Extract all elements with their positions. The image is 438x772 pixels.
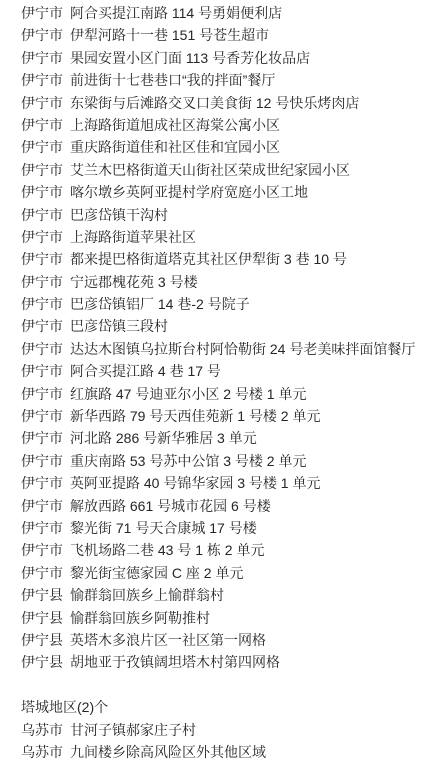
risk-area-city: 伊宁县: [21, 632, 63, 648]
risk-area-row: 伊宁市喀尔墩乡英阿亚提村学府宽庭小区工地: [21, 181, 430, 203]
risk-area-address: 黎光街 71 号天合康城 17 号楼: [70, 520, 257, 536]
risk-area-city: 伊宁市: [21, 565, 63, 581]
risk-area-address: 九间楼乡除高风险区外其他区域: [70, 744, 266, 760]
risk-area-city: 伊宁市: [21, 274, 63, 290]
risk-area-address: 解放西路 661 号城市花园 6 号楼: [70, 498, 271, 514]
risk-area-city: 伊宁市: [21, 50, 63, 66]
risk-area-address: 河北路 286 号新华雅居 3 单元: [70, 430, 257, 446]
risk-area-row: 伊宁县愉群翁回族乡阿勒推村: [21, 607, 430, 629]
risk-area-city: 伊宁市: [21, 430, 63, 446]
risk-area-row: 伊宁市重庆路街道佳和社区佳和宜园小区: [21, 136, 430, 158]
risk-area-row: 伊宁市艾兰木巴格街道天山街社区荣成世纪家园小区: [21, 159, 430, 181]
risk-area-address: 英阿亚提路 40 号锦华家园 3 号楼 1 单元: [70, 475, 320, 491]
risk-area-list: 伊宁市阿合买提江南路 114 号勇娟便利店伊宁市伊犁河路十一巷 151 号苍生超…: [0, 0, 438, 763]
risk-area-address: 红旗路 47 号迪亚尔小区 2 号楼 1 单元: [70, 386, 306, 402]
risk-area-city: 伊宁市: [21, 162, 63, 178]
risk-area-address: 飞机场路二巷 43 号 1 栋 2 单元: [70, 542, 264, 558]
risk-area-city: 伊宁市: [21, 363, 63, 379]
risk-area-address: 都来提巴格街道塔克其社区伊犁街 3 巷 10 号: [70, 251, 347, 267]
risk-area-row: 伊宁县胡地亚于孜镇阔坦塔木村第四网格: [21, 651, 430, 673]
risk-area-address: 新华西路 79 号天西佳苑新 1 号楼 2 单元: [70, 408, 320, 424]
risk-area-city: 伊宁市: [21, 408, 63, 424]
risk-area-address: 阿合买提江南路 114 号勇娟便利店: [70, 5, 282, 21]
risk-area-city: 伊宁市: [21, 386, 63, 402]
risk-area-address: 愉群翁回族乡上愉群翁村: [70, 587, 224, 603]
risk-area-address: 巴彦岱镇三段村: [70, 318, 168, 334]
risk-area-address: 达达木图镇乌拉斯台村阿恰勒街 24 号老美味拌面馆餐厅: [70, 341, 415, 357]
risk-area-address: 巴彦岱镇干沟村: [70, 207, 168, 223]
risk-area-address: 伊犁河路十一巷 151 号苍生超市: [70, 27, 269, 43]
section-header: 塔城地区(2)个: [21, 696, 430, 718]
risk-area-city: 伊宁县: [21, 610, 63, 626]
risk-area-row: 伊宁市新华西路 79 号天西佳苑新 1 号楼 2 单元: [21, 405, 430, 427]
risk-area-row: 乌苏市甘河子镇郝家庄子村: [21, 719, 430, 741]
risk-area-city: 伊宁市: [21, 542, 63, 558]
risk-area-address: 上海路街道苹果社区: [70, 229, 196, 245]
risk-area-row: 伊宁市上海路街道旭成社区海棠公寓小区: [21, 114, 430, 136]
risk-area-row: 伊宁市英阿亚提路 40 号锦华家园 3 号楼 1 单元: [21, 472, 430, 494]
risk-area-city: 伊宁市: [21, 318, 63, 334]
risk-area-row: 伊宁市黎光街宝德家园 C 座 2 单元: [21, 562, 430, 584]
risk-area-address: 重庆南路 53 号苏中公馆 3 号楼 2 单元: [70, 453, 306, 469]
risk-area-city: 伊宁市: [21, 27, 63, 43]
risk-area-row: 伊宁市阿合买提江南路 114 号勇娟便利店: [21, 2, 430, 24]
risk-area-address: 艾兰木巴格街道天山街社区荣成世纪家园小区: [70, 162, 350, 178]
risk-area-city: 伊宁市: [21, 95, 63, 111]
risk-area-row: 伊宁市黎光街 71 号天合康城 17 号楼: [21, 517, 430, 539]
risk-area-address: 宁远郡槐花苑 3 号楼: [70, 274, 198, 290]
risk-area-city: 伊宁市: [21, 498, 63, 514]
risk-area-row: 伊宁市阿合买提江路 4 巷 17 号: [21, 360, 430, 382]
risk-area-city: 乌苏市: [21, 722, 63, 738]
risk-area-city: 伊宁县: [21, 654, 63, 670]
risk-area-row: 伊宁市上海路街道苹果社区: [21, 226, 430, 248]
risk-area-row: 伊宁县英塔木多浪片区一社区第一网格: [21, 629, 430, 651]
risk-area-city: 乌苏市: [21, 744, 63, 760]
risk-area-address: 黎光街宝德家园 C 座 2 单元: [70, 565, 243, 581]
risk-area-city: 伊宁市: [21, 117, 63, 133]
risk-area-row: 伊宁市达达木图镇乌拉斯台村阿恰勒街 24 号老美味拌面馆餐厅: [21, 338, 430, 360]
risk-section: 伊宁市阿合买提江南路 114 号勇娟便利店伊宁市伊犁河路十一巷 151 号苍生超…: [21, 2, 430, 674]
risk-area-address: 东梁街与后滩路交叉口美食街 12 号快乐烤肉店: [70, 95, 359, 111]
risk-area-row: 伊宁县愉群翁回族乡上愉群翁村: [21, 584, 430, 606]
risk-area-row: 伊宁市都来提巴格街道塔克其社区伊犁街 3 巷 10 号: [21, 248, 430, 270]
risk-section: 塔城地区(2)个乌苏市甘河子镇郝家庄子村乌苏市九间楼乡除高风险区外其他区域: [21, 696, 430, 763]
risk-area-row: 伊宁市飞机场路二巷 43 号 1 栋 2 单元: [21, 539, 430, 561]
risk-area-city: 伊宁市: [21, 229, 63, 245]
risk-area-city: 伊宁市: [21, 184, 63, 200]
risk-area-address: 愉群翁回族乡阿勒推村: [70, 610, 210, 626]
risk-area-address: 果园安置小区门面 113 号香芳化妆品店: [70, 50, 310, 66]
risk-area-city: 伊宁市: [21, 520, 63, 536]
risk-area-row: 伊宁市河北路 286 号新华雅居 3 单元: [21, 427, 430, 449]
risk-area-city: 伊宁县: [21, 587, 63, 603]
risk-area-city: 伊宁市: [21, 139, 63, 155]
risk-area-row: 伊宁市宁远郡槐花苑 3 号楼: [21, 271, 430, 293]
risk-area-address: 上海路街道旭成社区海棠公寓小区: [70, 117, 280, 133]
risk-area-row: 乌苏市九间楼乡除高风险区外其他区域: [21, 741, 430, 763]
risk-area-city: 伊宁市: [21, 72, 63, 88]
risk-area-row: 伊宁市前进街十七巷巷口“我的拌面”餐厅: [21, 69, 430, 91]
risk-area-row: 伊宁市巴彦岱镇干沟村: [21, 204, 430, 226]
risk-area-city: 伊宁市: [21, 296, 63, 312]
risk-area-city: 伊宁市: [21, 475, 63, 491]
risk-area-row: 伊宁市东梁街与后滩路交叉口美食街 12 号快乐烤肉店: [21, 92, 430, 114]
risk-area-address: 甘河子镇郝家庄子村: [70, 722, 196, 738]
risk-area-city: 伊宁市: [21, 341, 63, 357]
risk-area-address: 喀尔墩乡英阿亚提村学府宽庭小区工地: [70, 184, 308, 200]
risk-area-address: 胡地亚于孜镇阔坦塔木村第四网格: [70, 654, 280, 670]
risk-area-address: 巴彦岱镇铝厂 14 巷-2 号院子: [70, 296, 250, 312]
risk-area-city: 伊宁市: [21, 207, 63, 223]
risk-area-row: 伊宁市果园安置小区门面 113 号香芳化妆品店: [21, 47, 430, 69]
risk-area-row: 伊宁市巴彦岱镇铝厂 14 巷-2 号院子: [21, 293, 430, 315]
risk-area-row: 伊宁市巴彦岱镇三段村: [21, 315, 430, 337]
risk-area-row: 伊宁市伊犁河路十一巷 151 号苍生超市: [21, 24, 430, 46]
risk-area-row: 伊宁市红旗路 47 号迪亚尔小区 2 号楼 1 单元: [21, 383, 430, 405]
risk-area-city: 伊宁市: [21, 251, 63, 267]
risk-area-address: 英塔木多浪片区一社区第一网格: [70, 632, 266, 648]
risk-area-address: 重庆路街道佳和社区佳和宜园小区: [70, 139, 280, 155]
risk-area-address: 阿合买提江路 4 巷 17 号: [70, 363, 221, 379]
risk-area-row: 伊宁市解放西路 661 号城市花园 6 号楼: [21, 495, 430, 517]
risk-area-address: 前进街十七巷巷口“我的拌面”餐厅: [70, 72, 275, 88]
risk-area-row: 伊宁市重庆南路 53 号苏中公馆 3 号楼 2 单元: [21, 450, 430, 472]
risk-area-city: 伊宁市: [21, 453, 63, 469]
risk-area-city: 伊宁市: [21, 5, 63, 21]
